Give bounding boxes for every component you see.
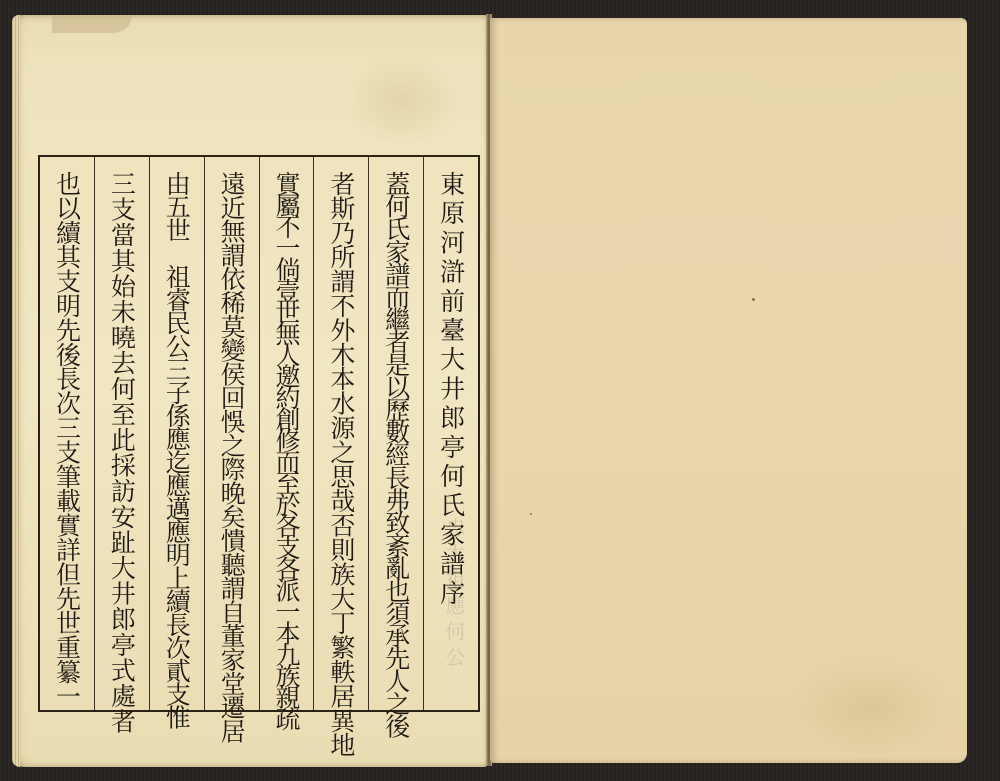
edge-stain <box>790 658 950 758</box>
right-page-blank <box>490 18 967 763</box>
water-stain <box>342 55 462 145</box>
column-text: 蓋何氏家譜而繼者是以歷數經長弗致紊亂也須承先人之後 <box>384 171 409 710</box>
paper-speck <box>752 298 755 301</box>
text-column: 遠近無謂依稀莫變侯回悞之際晚矣憒聽謂自董家堂遷居 <box>204 157 259 710</box>
column-text: 者斯乃所謂不外木本水源之思哉否則族大丁繁軼居異地 <box>329 171 354 710</box>
column-text: 也以續其支明先後長次三支筆載實詳但先世重纂一 <box>54 171 79 710</box>
text-column: 三支當其始未曉去何至此採訪安趾大井郎亭式處者 <box>94 157 149 710</box>
column-text: 由五世 祖睿民公三子係應迄應邁應明上續長次貳支惟 <box>164 171 189 710</box>
torn-corner <box>52 15 132 33</box>
preface-title: 東原河滸前臺大井郎亭何氏家譜序 <box>439 171 464 710</box>
column-title: 東原河滸前臺大井郎亭何氏家譜序 <box>423 157 478 710</box>
column-text: 遠近無謂依稀莫變侯回悞之際晚矣憒聽謂自董家堂遷居 <box>219 171 244 710</box>
text-column: 由五世 祖睿民公三子係應迄應邁應明上續長次貳支惟 <box>149 157 204 710</box>
text-column: 蓋何氏家譜而繼者是以歷數經長弗致紊亂也須承先人之後 <box>368 157 423 710</box>
text-column: 者斯乃所謂不外木本水源之思哉否則族大丁繁軼居異地 <box>313 157 368 710</box>
text-column: 也以續其支明先後長次三支筆載實詳但先世重纂一 <box>40 157 94 710</box>
text-frame: 忠太祖應何公 東原河滸前臺大井郎亭何氏家譜序 蓋何氏家譜而繼者是以歷數經長弗致紊… <box>38 155 480 712</box>
left-page: 忠太祖應何公 東原河滸前臺大井郎亭何氏家譜序 蓋何氏家譜而繼者是以歷數經長弗致紊… <box>12 15 488 767</box>
column-text: 實屬不一倘壹世無人邀約創修而至於各支各派一本九族親疏 <box>274 171 299 710</box>
paper-speck <box>530 513 532 515</box>
text-column: 實屬不一倘壹世無人邀約創修而至於各支各派一本九族親疏 <box>259 157 314 710</box>
column-text: 三支當其始未曉去何至此採訪安趾大井郎亭式處者 <box>109 171 134 710</box>
text-columns: 東原河滸前臺大井郎亭何氏家譜序 蓋何氏家譜而繼者是以歷數經長弗致紊亂也須承先人之… <box>40 157 478 710</box>
